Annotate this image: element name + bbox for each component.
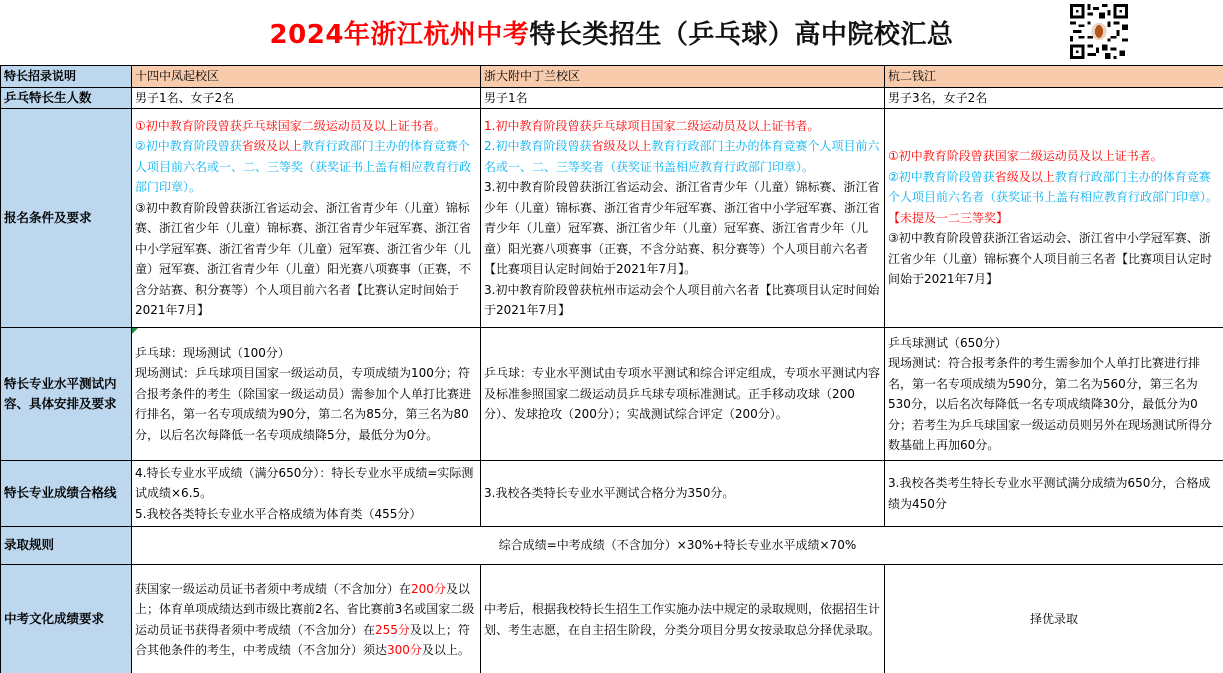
row-label: 中考文化成绩要求 bbox=[1, 565, 132, 673]
culture-text: 及以上。 bbox=[422, 643, 470, 657]
cell-test-1: 乒乓球：现场测试（100分） 现场测试：乒乓球项目国家一级运动员，专项成绩为10… bbox=[132, 328, 481, 461]
table-row-passline: 特长专业成绩合格线 4.特长专业水平成绩（满分650分）：特长专业水平成绩=实际… bbox=[1, 461, 1223, 527]
req-text: ②初中教育阶段曾获 bbox=[135, 139, 242, 153]
test-item: 乒乓球：现场测试（100分） bbox=[135, 343, 477, 364]
culture-score: 255分 bbox=[375, 623, 410, 637]
passline-item: 5.我校各类特长专业水平合格成绩为体育类（455分） bbox=[135, 504, 477, 525]
table-row-requirements: 报名条件及要求 ①初中教育阶段曾获乒乓球国家二级运动员及以上证书者。 ②初中教育… bbox=[1, 109, 1223, 328]
cell-requirements-2: 1.初中教育阶段曾获乒乓球项目国家二级运动员及以上证书者。 2.初中教育阶段曾获… bbox=[481, 109, 885, 328]
cell-admission-rule: 综合成绩=中考成绩（不含加分）×30%+特长专业水平成绩×70% bbox=[132, 527, 1223, 565]
row-label: 录取规则 bbox=[1, 527, 132, 565]
req-item: 3.初中教育阶段曾获杭州市运动会个人项目前六名者【比赛项目认定时间始于2021年… bbox=[484, 280, 881, 321]
comment-marker bbox=[132, 328, 138, 334]
req-text: ②初中教育阶段曾获 bbox=[888, 170, 995, 184]
cell-requirements-3: ①初中教育阶段曾获国家二级运动员及以上证书者。 ②初中教育阶段曾获省级及以上教育… bbox=[885, 109, 1223, 328]
row-label: 特长招录说明 bbox=[1, 66, 132, 88]
req-item: ①初中教育阶段曾获国家二级运动员及以上证书者。 bbox=[888, 146, 1220, 167]
req-highlight: 省级及以上 bbox=[242, 139, 302, 153]
cell-passline-3: 3.我校各类考生特长专业水平测试满分成绩为650分，合格成绩为450分 bbox=[885, 461, 1223, 527]
req-item: ②初中教育阶段曾获省级及以上教育行政部门主办的体育竞赛个人项目前六名者（获奖证书… bbox=[888, 167, 1220, 229]
req-item: ③初中教育阶段曾获浙江省运动会、浙江省青少年（儿童）锦标赛、浙江省少年（儿童）锦… bbox=[135, 198, 477, 321]
cell-culture-2: 中考后，根据我校特长生招生工作实施办法中规定的录取规则，依据招生计划、考生志愿，… bbox=[481, 565, 885, 673]
req-highlight: 省级及以上 bbox=[995, 170, 1055, 184]
cell-test-2: 乒乓球：专业水平测试由专项水平测试和综合评定组成，专项水平测试内容及标准参照国家… bbox=[481, 328, 885, 461]
cell-test-3: 乒乓球测试（650分） 现场测试：符合报考条件的考生需参加个人单打比赛进行排名，… bbox=[885, 328, 1223, 461]
cell-value: 男子3名，女子2名 bbox=[885, 87, 1223, 109]
cell-requirements-1: ①初中教育阶段曾获乒乓球国家二级运动员及以上证书者。 ②初中教育阶段曾获省级及以… bbox=[132, 109, 481, 328]
school-header-1: 十四中凤起校区 bbox=[132, 66, 481, 88]
title-bar: 2024年浙江杭州中考特长类招生（乒乓球）高中院校汇总 bbox=[0, 0, 1223, 65]
page-title-red: 2024年浙江杭州中考 bbox=[270, 20, 530, 50]
test-item: 乒乓球测试（650分） bbox=[888, 333, 1220, 354]
cell-passline-2: 3.我校各类特长专业水平测试合格分为350分。 bbox=[481, 461, 885, 527]
school-header-3: 杭二钱江 bbox=[885, 66, 1223, 88]
cell-culture-3: 择优录取 bbox=[885, 565, 1223, 673]
req-item: ②初中教育阶段曾获省级及以上教育行政部门主办的体育竞赛个人项目前六名或一、二、三… bbox=[135, 136, 477, 198]
test-item: 现场测试：乒乓球项目国家一级运动员，专项成绩为100分；符合报考条件的考生（除国… bbox=[135, 363, 477, 445]
req-item: 3.初中教育阶段曾获浙江省运动会、浙江省青少年（儿童）锦标赛、浙江省少年（儿童）… bbox=[484, 177, 881, 280]
req-note: 【未提及一二三等奖】 bbox=[888, 211, 1008, 225]
culture-score: 300分 bbox=[387, 643, 422, 657]
req-item: 1.初中教育阶段曾获乒乓球项目国家二级运动员及以上证书者。 bbox=[484, 116, 881, 137]
req-item: ①初中教育阶段曾获乒乓球国家二级运动员及以上证书者。 bbox=[135, 116, 477, 137]
page-title: 2024年浙江杭州中考特长类招生（乒乓球）高中院校汇总 bbox=[0, 14, 1223, 51]
test-item: 现场测试：符合报考条件的考生需参加个人单打比赛进行排名，第一名专项成绩为590分… bbox=[888, 353, 1220, 456]
table-header-row: 特长招录说明 十四中凤起校区 浙大附中丁兰校区 杭二钱江 bbox=[1, 66, 1223, 88]
row-label: 特长专业成绩合格线 bbox=[1, 461, 132, 527]
cell-value: 男子1名、女子2名 bbox=[132, 87, 481, 109]
cell-culture-1: 获国家一级运动员证书者须中考成绩（不含加分）在200分及以上；体育单项成绩达到市… bbox=[132, 565, 481, 673]
cell-passline-1: 4.特长专业水平成绩（满分650分）：特长专业水平成绩=实际测试成绩×6.5。 … bbox=[132, 461, 481, 527]
cell-value: 男子1名 bbox=[481, 87, 885, 109]
row-label: 特长专业水平测试内容、具体安排及要求 bbox=[1, 328, 132, 461]
table-row-admission: 录取规则 综合成绩=中考成绩（不含加分）×30%+特长专业水平成绩×70% bbox=[1, 527, 1223, 565]
recruitment-table: 特长招录说明 十四中凤起校区 浙大附中丁兰校区 杭二钱江 乒乓特长生人数 男子1… bbox=[0, 65, 1223, 673]
table-row-count: 乒乓特长生人数 男子1名、女子2名 男子1名 男子3名，女子2名 bbox=[1, 87, 1223, 109]
row-label: 报名条件及要求 bbox=[1, 109, 132, 328]
row-label: 乒乓特长生人数 bbox=[1, 87, 132, 109]
req-text: 2.初中教育阶段曾获 bbox=[484, 139, 591, 153]
school-header-2: 浙大附中丁兰校区 bbox=[481, 66, 885, 88]
table-row-culture: 中考文化成绩要求 获国家一级运动员证书者须中考成绩（不含加分）在200分及以上；… bbox=[1, 565, 1223, 673]
table-row-test: 特长专业水平测试内容、具体安排及要求 乒乓球：现场测试（100分） 现场测试：乒… bbox=[1, 328, 1223, 461]
culture-text: 获国家一级运动员证书者须中考成绩（不含加分）在 bbox=[135, 582, 411, 596]
req-item: 2.初中教育阶段曾获省级及以上教育行政部门主办的体育竞赛个人项目前六名或一、二、… bbox=[484, 136, 881, 177]
qr-code-icon bbox=[1069, 4, 1129, 59]
page-title-dark: 特长类招生（乒乓球）高中院校汇总 bbox=[529, 20, 953, 50]
req-item: ③初中教育阶段曾获浙江省运动会、浙江省中小学冠军赛、浙江省少年（儿童）锦标赛个人… bbox=[888, 228, 1220, 290]
passline-item: 4.特长专业水平成绩（满分650分）：特长专业水平成绩=实际测试成绩×6.5。 bbox=[135, 463, 477, 504]
req-highlight: 省级及以上 bbox=[591, 139, 651, 153]
culture-score: 200分 bbox=[411, 582, 446, 596]
